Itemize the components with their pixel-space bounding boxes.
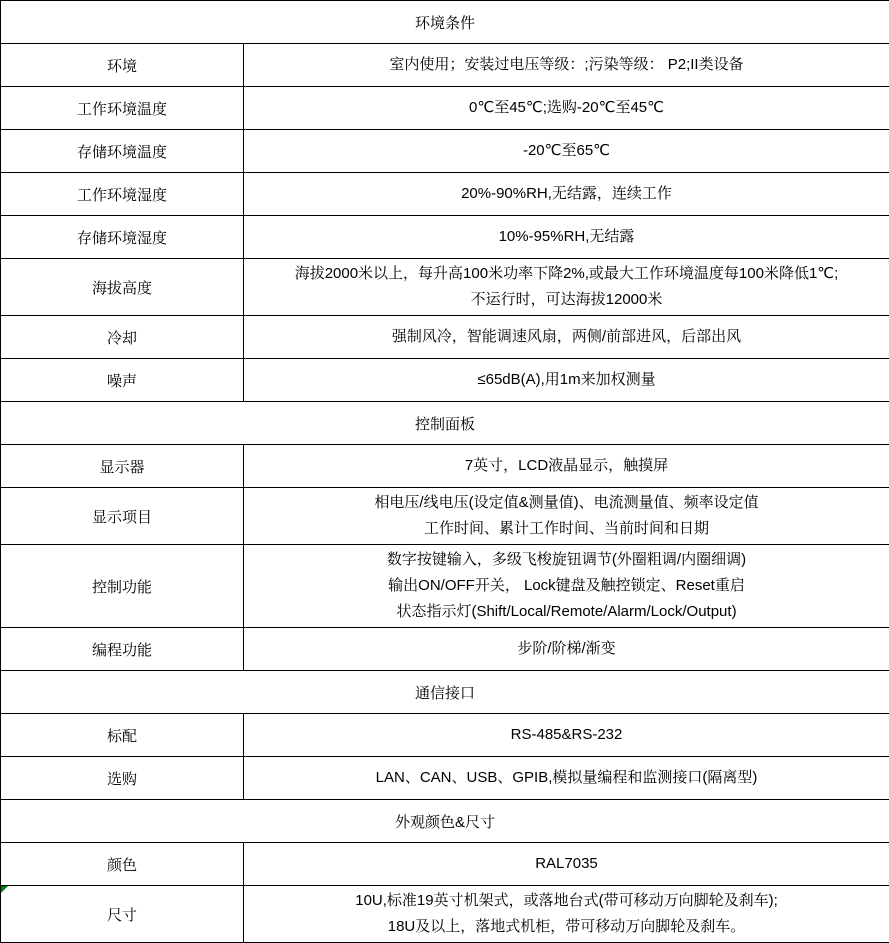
spec-value-cell: 7英寸，LCD液晶显示，触摸屏 (244, 445, 889, 488)
spec-value-line: 10%-95%RH,无结露 (250, 224, 883, 250)
spec-value-line: 步阶/阶梯/渐变 (250, 636, 883, 662)
spec-value-cell: 步阶/阶梯/渐变 (244, 628, 889, 671)
spec-value-cell: RS-485&RS-232 (244, 714, 889, 757)
spec-value-line: ≤65dB(A),用1m来加权测量 (250, 367, 883, 393)
spec-value-cell: -20℃至65℃ (244, 130, 889, 173)
spec-label: 存储环境温度 (77, 144, 167, 161)
spec-label-cell: 尺寸 (1, 886, 244, 943)
spec-row: 存储环境湿度 10%-95%RH,无结露 (1, 216, 889, 259)
spec-value-line: 不运行时，可达海拔12000米 (250, 287, 883, 313)
spec-row: 显示器 7英寸，LCD液晶显示，触摸屏 (1, 445, 889, 488)
spec-label-cell: 标配 (1, 714, 244, 757)
spec-label-cell: 工作环境温度 (1, 87, 244, 130)
spec-value: 20%-90%RH,无结露，连续工作 (250, 181, 883, 207)
spec-value-line: 相电压/线电压(设定值&测量值)、电流测量值、频率设定值 (250, 490, 883, 516)
spec-value: 室内使用；安装过电压等级：;污染等级： P2;II类设备 (250, 52, 883, 78)
spec-label-cell: 显示项目 (1, 488, 244, 545)
spec-value-line: 海拔2000米以上，每升高100米功率下降2%,或最大工作环境温度每100米降低… (250, 261, 883, 287)
spec-row: 噪声 ≤65dB(A),用1m来加权测量 (1, 359, 889, 402)
spec-row: 选购 LAN、CAN、USB、GPIB,模拟量编程和监测接口(隔离型) (1, 757, 889, 800)
spec-value: 0℃至45℃;选购-20℃至45℃ (250, 95, 883, 121)
spec-label-cell: 显示器 (1, 445, 244, 488)
section-header-row: 控制面板 (1, 402, 889, 445)
spec-value: 10%-95%RH,无结露 (250, 224, 883, 250)
spec-label: 工作环境温度 (77, 101, 167, 118)
spec-value: RAL7035 (250, 851, 883, 877)
spec-value-cell: 海拔2000米以上，每升高100米功率下降2%,或最大工作环境温度每100米降低… (244, 259, 889, 316)
spec-label: 尺寸 (107, 907, 137, 924)
spec-label: 显示项目 (92, 509, 152, 526)
spec-value-cell: 数字按键输入，多级飞梭旋钮调节(外圈粗调/内圈细调)输出ON/OFF开关， Lo… (244, 545, 889, 628)
spec-row: 控制功能 数字按键输入，多级飞梭旋钮调节(外圈粗调/内圈细调)输出ON/OFF开… (1, 545, 889, 628)
spec-table-body: 环境条件 环境 室内使用；安装过电压等级：;污染等级： P2;II类设备 工作环… (1, 1, 889, 943)
spec-value-line: 工作时间、累计工作时间、当前时间和日期 (250, 516, 883, 542)
spec-value-cell: RAL7035 (244, 843, 889, 886)
spec-value-cell: 相电压/线电压(设定值&测量值)、电流测量值、频率设定值工作时间、累计工作时间、… (244, 488, 889, 545)
spec-label: 工作环境湿度 (77, 187, 167, 204)
spec-value: 7英寸，LCD液晶显示，触摸屏 (250, 453, 883, 479)
spec-value: -20℃至65℃ (250, 138, 883, 164)
spec-value: ≤65dB(A),用1m来加权测量 (250, 367, 883, 393)
spec-label-cell: 噪声 (1, 359, 244, 402)
spec-row: 颜色 RAL7035 (1, 843, 889, 886)
spec-label-cell: 编程功能 (1, 628, 244, 671)
spec-value: 步阶/阶梯/渐变 (250, 636, 883, 662)
spec-value-line: 7英寸，LCD液晶显示，触摸屏 (250, 453, 883, 479)
spec-label: 标配 (107, 728, 137, 745)
spec-value-line: 18U及以上，落地式机柜，带可移动万向脚轮及刹车。 (250, 914, 883, 940)
spec-value: RS-485&RS-232 (250, 722, 883, 748)
section-header-row: 环境条件 (1, 1, 889, 44)
spec-value-cell: 10%-95%RH,无结露 (244, 216, 889, 259)
spec-label: 编程功能 (92, 642, 152, 659)
spec-value-cell: 10U,标准19英寸机架式，或落地台式(带可移动万向脚轮及刹车);18U及以上，… (244, 886, 889, 943)
spec-value-line: 状态指示灯(Shift/Local/Remote/Alarm/Lock/Outp… (250, 599, 883, 625)
spec-row: 冷却 强制风冷，智能调速风扇，两侧/前部进风，后部出风 (1, 316, 889, 359)
spec-label-cell: 存储环境温度 (1, 130, 244, 173)
section-title: 外观颜色&尺寸 (1, 800, 889, 843)
spec-row: 标配 RS-485&RS-232 (1, 714, 889, 757)
spec-value-line: 10U,标准19英寸机架式，或落地台式(带可移动万向脚轮及刹车); (250, 888, 883, 914)
spec-value: 10U,标准19英寸机架式，或落地台式(带可移动万向脚轮及刹车);18U及以上，… (250, 888, 883, 940)
spec-label-cell: 工作环境湿度 (1, 173, 244, 216)
section-title: 环境条件 (1, 1, 889, 44)
spec-label: 海拔高度 (92, 280, 152, 297)
cell-comment-marker-icon (1, 886, 8, 893)
spec-row: 海拔高度 海拔2000米以上，每升高100米功率下降2%,或最大工作环境温度每1… (1, 259, 889, 316)
spec-row: 编程功能 步阶/阶梯/渐变 (1, 628, 889, 671)
spec-value: 强制风冷，智能调速风扇，两侧/前部进风，后部出风 (250, 324, 883, 350)
spec-value-cell: ≤65dB(A),用1m来加权测量 (244, 359, 889, 402)
spec-label-cell: 颜色 (1, 843, 244, 886)
spec-value-cell: 强制风冷，智能调速风扇，两侧/前部进风，后部出风 (244, 316, 889, 359)
spec-value-cell: 0℃至45℃;选购-20℃至45℃ (244, 87, 889, 130)
section-title: 通信接口 (1, 671, 889, 714)
spec-value-line: 20%-90%RH,无结露，连续工作 (250, 181, 883, 207)
spec-row: 工作环境温度 0℃至45℃;选购-20℃至45℃ (1, 87, 889, 130)
spec-label: 颜色 (107, 857, 137, 874)
spec-row: 尺寸 10U,标准19英寸机架式，或落地台式(带可移动万向脚轮及刹车);18U及… (1, 886, 889, 943)
spec-table: 环境条件 环境 室内使用；安装过电压等级：;污染等级： P2;II类设备 工作环… (0, 0, 889, 943)
spec-row: 工作环境湿度 20%-90%RH,无结露，连续工作 (1, 173, 889, 216)
spec-value-line: 输出ON/OFF开关， Lock键盘及触控锁定、Reset重启 (250, 573, 883, 599)
spec-value-line: 强制风冷，智能调速风扇，两侧/前部进风，后部出风 (250, 324, 883, 350)
spec-label-cell: 选购 (1, 757, 244, 800)
spec-label: 冷却 (107, 330, 137, 347)
section-header-row: 外观颜色&尺寸 (1, 800, 889, 843)
spec-value: 相电压/线电压(设定值&测量值)、电流测量值、频率设定值工作时间、累计工作时间、… (250, 490, 883, 542)
spec-row: 环境 室内使用；安装过电压等级：;污染等级： P2;II类设备 (1, 44, 889, 87)
spec-value-line: 0℃至45℃;选购-20℃至45℃ (250, 95, 883, 121)
spec-value: 海拔2000米以上，每升高100米功率下降2%,或最大工作环境温度每100米降低… (250, 261, 883, 313)
spec-value-cell: LAN、CAN、USB、GPIB,模拟量编程和监测接口(隔离型) (244, 757, 889, 800)
spec-value-cell: 20%-90%RH,无结露，连续工作 (244, 173, 889, 216)
spec-label-cell: 控制功能 (1, 545, 244, 628)
spec-row: 显示项目 相电压/线电压(设定值&测量值)、电流测量值、频率设定值工作时间、累计… (1, 488, 889, 545)
spec-label: 噪声 (107, 373, 137, 390)
spec-label-cell: 冷却 (1, 316, 244, 359)
spec-value: 数字按键输入，多级飞梭旋钮调节(外圈粗调/内圈细调)输出ON/OFF开关， Lo… (250, 547, 883, 625)
section-header-row: 通信接口 (1, 671, 889, 714)
spec-value-cell: 室内使用；安装过电压等级：;污染等级： P2;II类设备 (244, 44, 889, 87)
spec-label: 环境 (107, 58, 137, 75)
spec-value-line: 室内使用；安装过电压等级：;污染等级： P2;II类设备 (250, 52, 883, 78)
spec-value-line: RAL7035 (250, 851, 883, 877)
spec-label-cell: 存储环境湿度 (1, 216, 244, 259)
spec-label: 选购 (107, 771, 137, 788)
spec-label-cell: 海拔高度 (1, 259, 244, 316)
spec-label: 存储环境湿度 (77, 230, 167, 247)
section-title: 控制面板 (1, 402, 889, 445)
spec-value: LAN、CAN、USB、GPIB,模拟量编程和监测接口(隔离型) (250, 765, 883, 791)
spec-value-line: -20℃至65℃ (250, 138, 883, 164)
spec-label-cell: 环境 (1, 44, 244, 87)
spec-value-line: RS-485&RS-232 (250, 722, 883, 748)
spec-value-line: 数字按键输入，多级飞梭旋钮调节(外圈粗调/内圈细调) (250, 547, 883, 573)
spec-label: 控制功能 (92, 579, 152, 596)
spec-value-line: LAN、CAN、USB、GPIB,模拟量编程和监测接口(隔离型) (250, 765, 883, 791)
spec-label: 显示器 (99, 459, 144, 476)
spec-row: 存储环境温度 -20℃至65℃ (1, 130, 889, 173)
